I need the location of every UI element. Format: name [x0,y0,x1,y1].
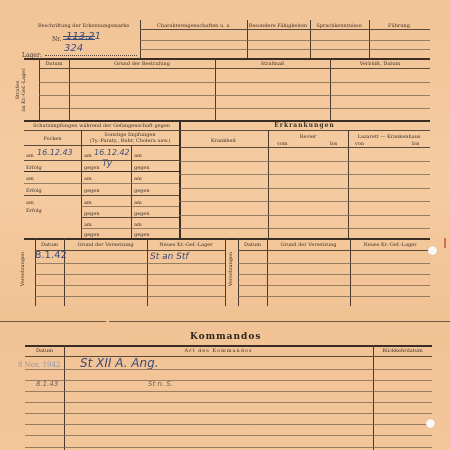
versetzung-datum: 8.1.42 [35,250,67,261]
sonstige-date: 16.12.42 [94,148,130,157]
nr-label: Nr. [52,37,61,43]
rule [35,285,225,286]
section-rule [24,120,430,122]
schutzimpfungen-title: Schutzimpfungen während der Gefangenscha… [24,123,179,129]
column-divider [131,145,132,238]
strafen-col-strafmass: Strafmaß [215,61,330,67]
impf-label: am [84,176,92,182]
pocken-header: Pocken [24,136,81,142]
rule [179,174,430,175]
rule [140,40,430,41]
lager-value: 324 [64,43,83,54]
fold-line [0,321,106,322]
impf-label: am [84,153,92,159]
strafen-col-datum: Datum [39,61,69,67]
impf-label: gegen [84,188,100,194]
rule [81,217,179,218]
kommandos-col-datum: Datum [25,348,64,354]
kommandos-title: Kommandos [190,332,261,342]
impf-gegen-value: Ty [102,159,112,169]
rule [24,171,179,172]
rule [24,183,179,184]
rule [179,228,430,229]
section-rule [24,58,430,60]
impf-label: am [26,176,34,182]
section-rule [25,345,432,347]
rule [238,285,430,286]
rule [25,413,432,414]
rule [81,228,179,229]
rule [25,391,432,392]
versetzung-col-datum: Datum [238,242,267,248]
lazarett-header: Lazarett — Krankenhaus [348,134,430,140]
punch-hole [428,246,437,255]
revier-header: Revier [268,134,348,140]
rule [25,369,432,370]
versetzungen-side-label-right: Versetzungen [228,244,234,294]
strafen-col-grund: Grund der Bestrafung [69,61,215,67]
strafen-side-label: Strafen im Kr.-Gef.-Lager [15,55,27,125]
erkrankungen-title: Erkrankungen [179,123,430,129]
rule [39,82,430,83]
kommando-art: St n. S. [148,380,173,388]
strafen-label-line2: im Kr.-Gef.-Lager [21,55,27,125]
rule [35,296,225,297]
versetzung-col-lager: Neues Kr.-Gef.-Lager [350,242,430,248]
rule [238,263,430,264]
erkennungsmarke-label: Beschriftung der Erkennungsmarke [38,23,129,29]
rule [179,130,430,131]
rule [24,130,179,131]
red-mark [444,238,446,248]
rule [39,108,430,109]
rule [25,424,432,425]
pow-record-card: Beschriftung der Erkennungsmarke Nr. 113… [0,0,450,450]
rule [238,250,430,251]
rule [25,402,432,403]
impf-label: am [26,200,34,206]
section-rule [24,238,430,240]
versetzung-neues-lager: St an Stf [150,252,189,262]
strafen-col-verbuesst: Verbüßt, Datum [330,61,430,67]
versetzung-col-lager: Neues Kr.-Gef.-Lager [147,242,225,248]
lager-dotted-line [45,55,137,56]
sonstige-subheader: (Ty.-Paraty., Ruhr, Cholera usw.) [81,138,179,144]
rule [35,274,225,275]
rule [81,206,179,207]
rule [179,201,430,202]
rule [179,188,430,189]
rule [179,215,430,216]
impf-label: am [134,176,142,182]
rule [238,274,430,275]
kommando-art: St XII A. Ang. [80,356,159,370]
rule [140,49,430,50]
rule [24,145,179,146]
fold-line [109,321,450,322]
versetzungen-side-label-left: Versetzungen [20,244,26,294]
rule [25,435,432,436]
impf-label: Erfolg [26,208,42,214]
versetzung-col-grund: Grund der Versetzung [64,242,147,248]
rule [39,95,430,96]
column-divider [81,130,82,238]
rule [179,147,430,148]
pocken-date: 16.12.43 [37,148,73,157]
column-divider [225,238,226,306]
impf-label: gegen [134,188,150,194]
versetzung-col-datum: Datum [35,242,64,248]
kommando-datum: 8.1.43 [36,380,58,388]
datum-stamp: 8 Nov. 1942 [18,361,60,369]
punch-hole [426,419,435,428]
rule [140,29,430,30]
rule [179,161,430,162]
kommandos-col-art: Art des Kommandos [64,348,373,354]
rule [25,447,432,448]
rule [24,195,179,196]
rule [39,68,430,69]
strikethrough-line [63,36,95,37]
krankheit-header: Krankheit [179,138,268,144]
rule [35,263,225,264]
impf-label: am [134,153,142,159]
impf-label: am [26,153,34,159]
versetzung-col-grund: Grund der Versetzung [267,242,350,248]
rule [238,296,430,297]
kommandos-col-rueckkehr: Rückkehrdatum [373,348,432,354]
impf-label: Erfolg [26,188,42,194]
rule [25,380,432,381]
strikethrough-line [63,39,95,40]
